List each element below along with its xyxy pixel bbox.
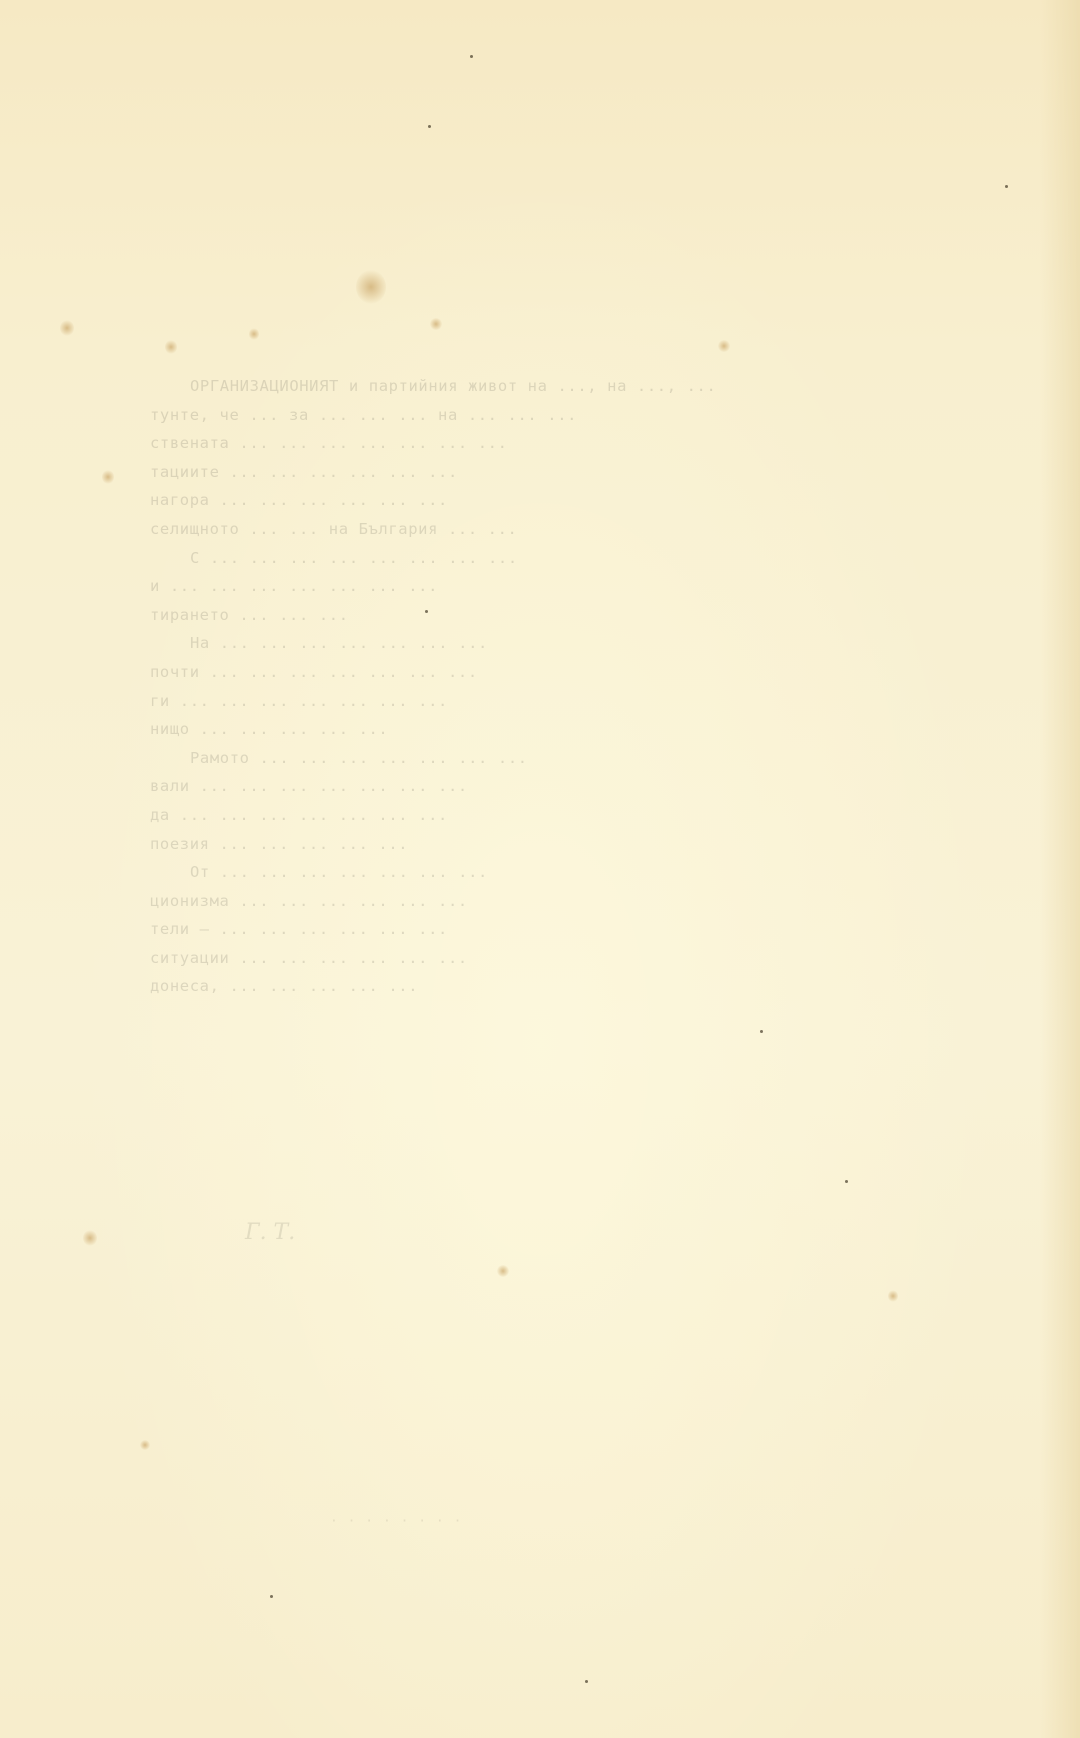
text-line: С ... ... ... ... ... ... ... ... bbox=[150, 544, 1030, 573]
text-line: ги ... ... ... ... ... ... ... bbox=[150, 687, 1030, 716]
speck bbox=[845, 1180, 848, 1183]
text-line: селищното ... ... на България ... ... bbox=[150, 515, 1030, 544]
stain bbox=[83, 1230, 97, 1246]
stain bbox=[430, 318, 442, 330]
stain bbox=[249, 328, 259, 340]
text-line: вали ... ... ... ... ... ... ... bbox=[150, 772, 1030, 801]
stain bbox=[140, 1440, 150, 1450]
text-line: тели — ... ... ... ... ... ... bbox=[150, 915, 1030, 944]
speck bbox=[470, 55, 473, 58]
stain bbox=[888, 1290, 898, 1302]
text-line: ционизма ... ... ... ... ... ... bbox=[150, 887, 1030, 916]
text-line: и ... ... ... ... ... ... ... bbox=[150, 572, 1030, 601]
faint-footer-marks: · · · · · · · · bbox=[330, 1514, 462, 1529]
text-line: ствената ... ... ... ... ... ... ... bbox=[150, 429, 1030, 458]
text-line: почти ... ... ... ... ... ... ... bbox=[150, 658, 1030, 687]
speck bbox=[585, 1680, 588, 1683]
page-edge-shadow bbox=[1040, 0, 1080, 1738]
speck bbox=[428, 125, 431, 128]
text-line: ситуации ... ... ... ... ... ... bbox=[150, 944, 1030, 973]
text-line: тациите ... ... ... ... ... ... bbox=[150, 458, 1030, 487]
text-line: да ... ... ... ... ... ... ... bbox=[150, 801, 1030, 830]
text-line: донеса, ... ... ... ... ... bbox=[150, 972, 1030, 1001]
stain bbox=[356, 270, 386, 304]
text-line: нищо ... ... ... ... ... bbox=[150, 715, 1030, 744]
text-line: От ... ... ... ... ... ... ... bbox=[150, 858, 1030, 887]
stain bbox=[165, 340, 177, 354]
text-line: ОРГАНИЗАЦИОНИЯТ и партийния живот на ...… bbox=[150, 372, 1030, 401]
stain bbox=[60, 320, 74, 336]
bleed-through-text: ОРГАНИЗАЦИОНИЯТ и партийния живот на ...… bbox=[150, 372, 1030, 1001]
text-line: На ... ... ... ... ... ... ... bbox=[150, 629, 1030, 658]
handwritten-note: Г. Т. bbox=[245, 1220, 295, 1245]
text-line: Рамото ... ... ... ... ... ... ... bbox=[150, 744, 1030, 773]
speck bbox=[760, 1030, 763, 1033]
speck bbox=[270, 1595, 273, 1598]
text-line: поезия ... ... ... ... ... bbox=[150, 830, 1030, 859]
speck bbox=[1005, 185, 1008, 188]
text-line: тунте, че ... за ... ... ... на ... ... … bbox=[150, 401, 1030, 430]
stain bbox=[102, 470, 114, 484]
text-line: нагора ... ... ... ... ... ... bbox=[150, 486, 1030, 515]
stain bbox=[718, 340, 730, 352]
text-line: тирането ... ... ... bbox=[150, 601, 1030, 630]
stain bbox=[497, 1265, 509, 1277]
